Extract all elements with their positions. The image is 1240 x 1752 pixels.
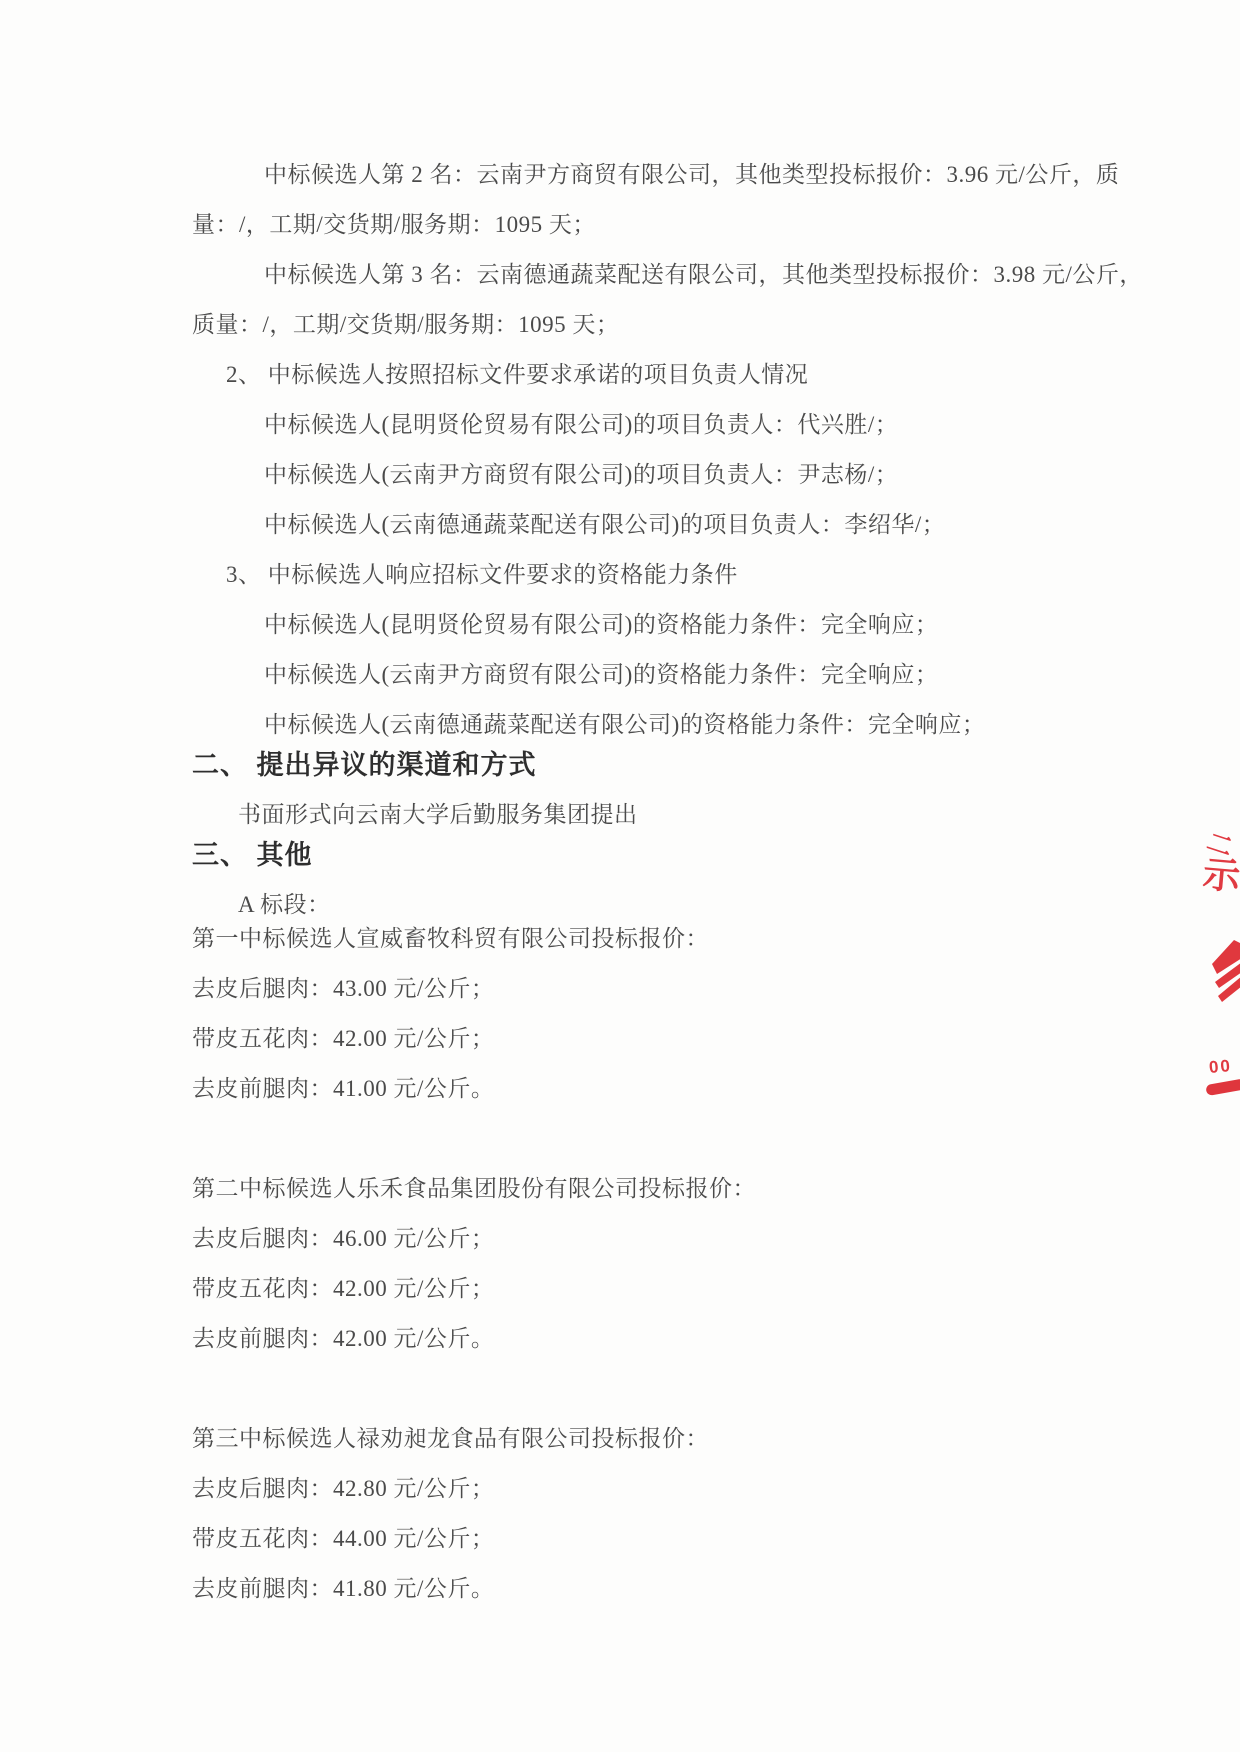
document-line: 中标候选人(云南尹方商贸有限公司)的项目负责人：尹志杨/； <box>192 447 1074 497</box>
section-heading: 二、 提出异议的渠道和方式 <box>192 737 1074 787</box>
document-line: 2、 中标候选人按照招标文件要求承诺的项目负责人情况 <box>192 347 1074 397</box>
document-line: 中标候选人第 3 名：云南德通蔬菜配送有限公司，其他类型投标报价：3.98 元/… <box>192 247 1074 297</box>
document-line: 量：/，工期/交货期/服务期：1095 天； <box>192 197 1074 247</box>
document-line: 中标候选人第 2 名：云南尹方商贸有限公司，其他类型投标报价：3.96 元/公斤… <box>192 147 1074 197</box>
red-stamp-dash-icon <box>1205 1079 1240 1096</box>
scanned-document-page: 中标候选人第 2 名：云南尹方商贸有限公司，其他类型投标报价：3.96 元/公斤… <box>0 0 1240 1752</box>
document-line: 带皮五花肉：42.00 元/公斤； <box>192 1011 1074 1061</box>
red-stamp-zeros-fragment-icon: 00 <box>1208 1057 1232 1076</box>
document-line: 3、 中标候选人响应招标文件要求的资格能力条件 <box>192 547 1074 597</box>
section-heading: 三、 其他 <box>192 827 1074 877</box>
document-line: 去皮后腿肉：43.00 元/公斤； <box>192 961 1074 1011</box>
document-line: 去皮前腿肉：42.00 元/公斤。 <box>192 1311 1074 1361</box>
document-body: 中标候选人第 2 名：云南尹方商贸有限公司，其他类型投标报价：3.96 元/公斤… <box>192 147 1074 1611</box>
document-line: 第一中标候选人宣威畜牧科贸有限公司投标报价： <box>192 911 1074 961</box>
document-line: 中标候选人(昆明贤伦贸易有限公司)的资格能力条件：完全响应； <box>192 597 1074 647</box>
red-stamp-character-fragment-icon: 示 <box>1201 855 1240 895</box>
document-line: 去皮前腿肉：41.00 元/公斤。 <box>192 1061 1074 1111</box>
document-line: 去皮后腿肉：46.00 元/公斤； <box>192 1211 1074 1261</box>
document-line: 第二中标候选人乐禾食品集团股份有限公司投标报价： <box>192 1161 1074 1211</box>
document-line: 去皮前腿肉：41.80 元/公斤。 <box>192 1561 1074 1611</box>
document-line: 带皮五花肉：42.00 元/公斤； <box>192 1261 1074 1311</box>
document-line: 中标候选人(云南尹方商贸有限公司)的资格能力条件：完全响应； <box>192 647 1074 697</box>
document-line: 质量：/，工期/交货期/服务期：1095 天； <box>192 297 1074 347</box>
document-line: 中标候选人(昆明贤伦贸易有限公司)的项目负责人：代兴胜/； <box>192 397 1074 447</box>
red-stamp-stripes-icon <box>1202 938 1240 1006</box>
document-line: 去皮后腿肉：42.80 元/公斤； <box>192 1461 1074 1511</box>
document-line: 中标候选人(云南德通蔬菜配送有限公司)的项目负责人：李绍华/； <box>192 497 1074 547</box>
document-line: 带皮五花肉：44.00 元/公斤； <box>192 1511 1074 1561</box>
document-line: 第三中标候选人禄劝昶龙食品有限公司投标报价： <box>192 1411 1074 1461</box>
